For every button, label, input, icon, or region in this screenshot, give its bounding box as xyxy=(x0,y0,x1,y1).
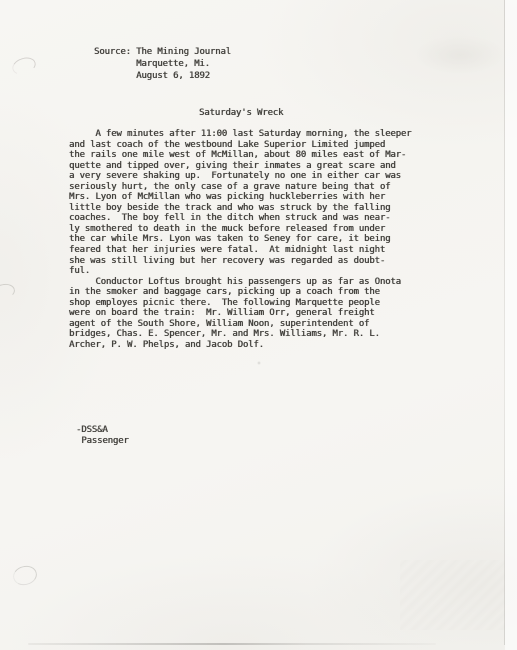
text-line: shop employes picnic there. The followin… xyxy=(69,298,411,309)
text-line: the rails one mile west of McMillan, abo… xyxy=(69,150,411,161)
scan-smudge xyxy=(415,35,505,75)
text-line: Marquette, Mi. xyxy=(94,58,231,70)
paper-curl-mark-bottom xyxy=(11,563,39,587)
page-bottom-edge xyxy=(28,643,436,645)
text-line: Archer, P. W. Phelps, and Jacob Dolf. xyxy=(69,340,411,351)
text-line: -DSS&A xyxy=(76,425,129,436)
paper-curl-mark-middle xyxy=(0,282,16,301)
attribution-block: -DSS&A Passenger xyxy=(76,425,129,447)
text-line: coaches. The boy fell in the ditch when … xyxy=(69,213,411,224)
text-line: in the smoker and baggage cars, picking … xyxy=(69,287,411,298)
text-line: ful. xyxy=(69,266,411,277)
text-line: and last coach of the westbound Lake Sup… xyxy=(69,140,411,151)
text-line: were on board the train: Mr. William Orr… xyxy=(69,308,411,319)
scanned-document-page: Source: The Mining Journal Marquette, Mi… xyxy=(0,0,517,650)
text-line: the car while Mrs. Lyon was taken to Sen… xyxy=(69,234,411,245)
text-line: a very severe shaking up. Fortunately no… xyxy=(69,171,411,182)
text-line: she was still living but her recovery wa… xyxy=(69,256,411,267)
scan-speck xyxy=(257,361,261,365)
scan-smudge xyxy=(400,560,505,630)
text-line: agent of the South Shore, William Noon, … xyxy=(69,319,411,330)
text-line: Source: The Mining Journal xyxy=(94,46,231,58)
text-line: ly smothered to death in the muck before… xyxy=(69,224,411,235)
text-line: feared that her injuries were fatal. At … xyxy=(69,245,411,256)
text-line: seriously hurt, the only case of a grave… xyxy=(69,182,411,193)
article-title: Saturday's Wreck xyxy=(199,108,283,119)
article-body: A few minutes after 11:00 last Saturday … xyxy=(69,129,411,350)
source-citation-block: Source: The Mining Journal Marquette, Mi… xyxy=(94,46,231,82)
text-line: Passenger xyxy=(76,436,129,447)
text-line: August 6, 1892 xyxy=(94,70,231,82)
text-line: bridges, Chas. E. Spencer, Mr. and Mrs. … xyxy=(69,329,411,340)
scan-background-strip xyxy=(505,0,517,650)
paper-curl-mark-top xyxy=(10,55,38,78)
text-line: Conductor Loftus brought his passengers … xyxy=(69,277,411,288)
text-line: little boy beside the track and who was … xyxy=(69,203,411,214)
text-line: A few minutes after 11:00 last Saturday … xyxy=(69,129,411,140)
text-line: quette and tipped over, giving their inm… xyxy=(69,161,411,172)
text-line: Mrs. Lyon of McMillan who was picking hu… xyxy=(69,192,411,203)
